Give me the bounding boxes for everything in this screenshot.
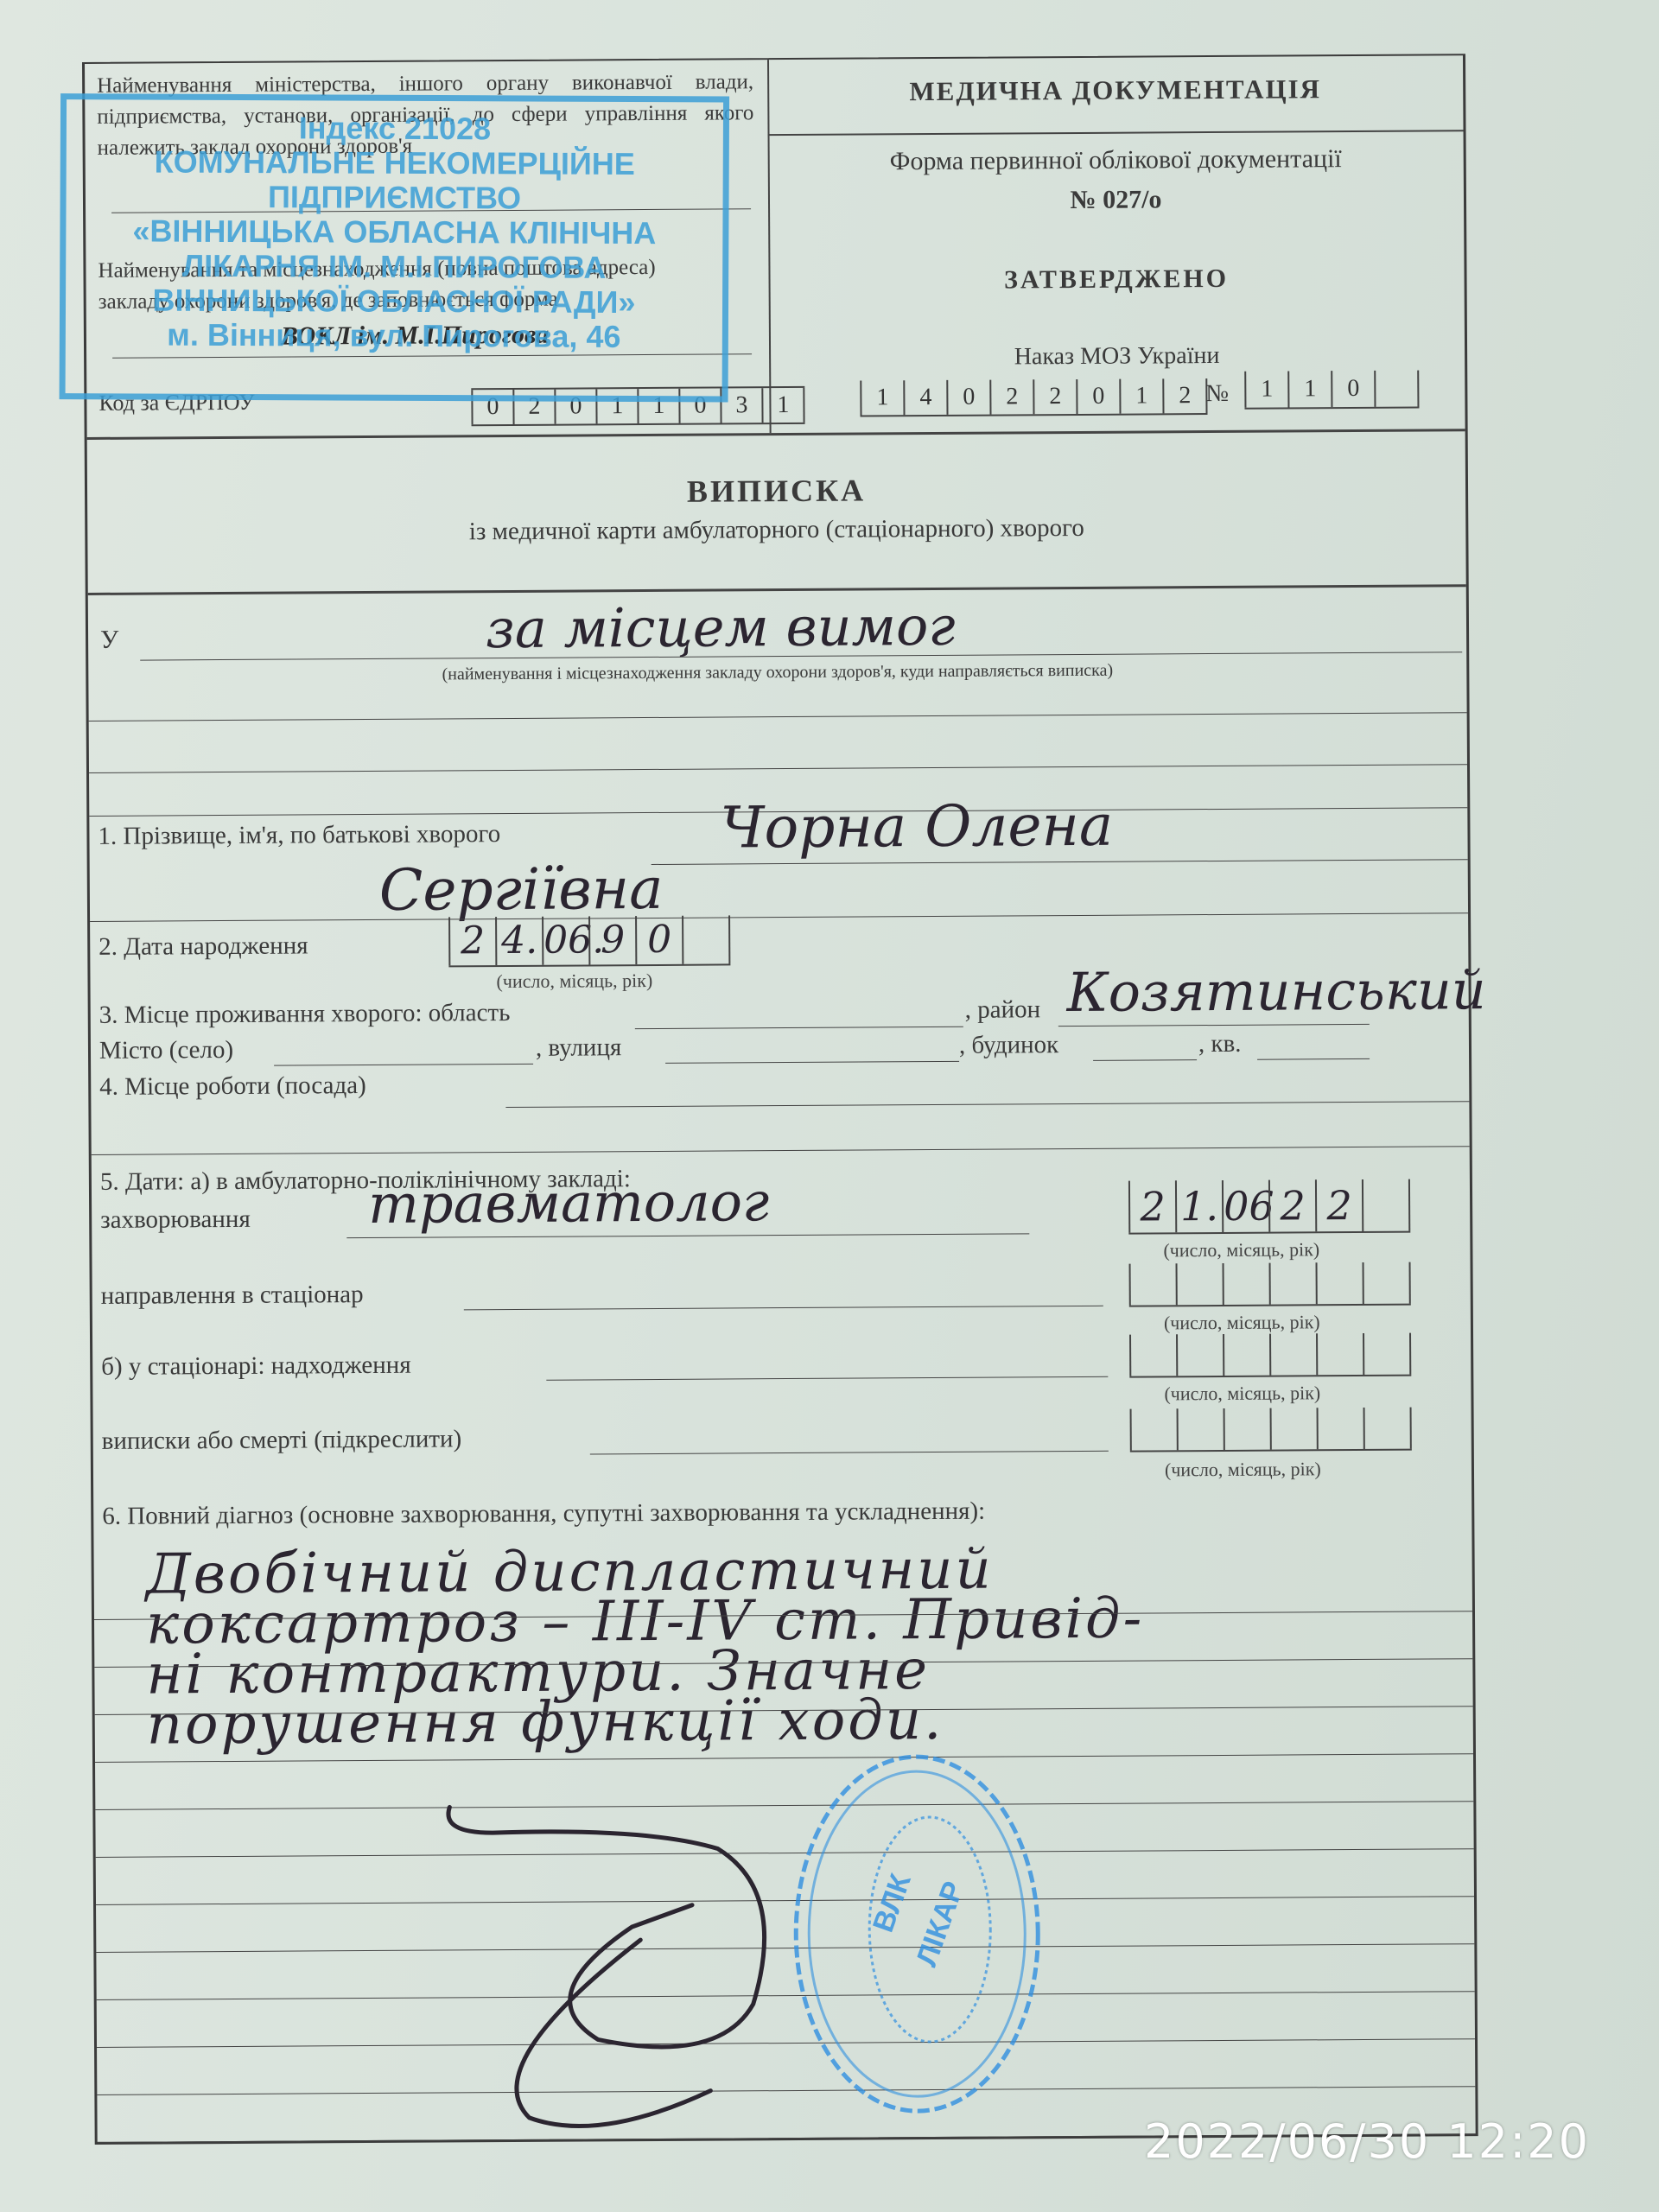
recipient-value: за місцем вимог: [486, 594, 956, 660]
house-label: , будинок: [959, 1031, 1058, 1060]
approved-label: ЗАТВЕРДЖЕНО: [768, 263, 1464, 296]
patient-name-line-2: [90, 912, 1468, 922]
title-bottom-line: [88, 584, 1466, 595]
section-divider: [92, 1146, 1470, 1155]
digit-box: [1176, 1334, 1223, 1376]
header-divider: [767, 60, 772, 433]
digit-box: 0: [1331, 371, 1374, 407]
digit-box: [1374, 371, 1419, 407]
blank-line: [89, 712, 1467, 721]
street-line: [665, 1061, 959, 1064]
digit-box: 0: [635, 916, 682, 964]
digit-box: [1269, 1262, 1316, 1304]
street-label: , вулиця: [536, 1033, 621, 1063]
digit-box: 1: [1244, 371, 1287, 407]
discharge-date-boxes: [1130, 1408, 1412, 1452]
diagnosis-label: 6. Повний діагноз (основне захворювання,…: [102, 1497, 985, 1531]
patient-name-value: Чорна Олена: [720, 792, 1113, 861]
stamp-line: ЛІКАРНЯ ІМ. М.І.ПИРОГОВА: [118, 248, 671, 285]
admission-line: [546, 1376, 1108, 1381]
digit-box: 06: [1222, 1180, 1268, 1232]
digit-box: 1: [1287, 371, 1331, 407]
region-line: [635, 1027, 963, 1029]
dob-boxes: 24.06.90: [448, 915, 730, 967]
form-label: Форма первинної облікової документації: [768, 143, 1464, 177]
digit-box: [1223, 1263, 1269, 1305]
illness-label: захворювання: [100, 1205, 251, 1235]
referral-date-caption: (число, місяць, рік): [1164, 1311, 1320, 1334]
digit-box: [1317, 1408, 1363, 1449]
digit-box: [1316, 1262, 1363, 1304]
title-line: [768, 130, 1464, 136]
patient-patronymic-value: Сергіївна: [379, 855, 664, 924]
document-subtitle: із медичної карти амбулаторного (стаціон…: [87, 512, 1465, 549]
order-date-boxes: 14022012: [860, 378, 1207, 416]
patient-name-label: 1. Прізвище, ім'я, по батькові хворого: [98, 820, 500, 851]
institution-stamp-text: Індекс 21028КОМУНАЛЬНЕ НЕКОМЕРЦІЙНЕПІДПР…: [118, 110, 671, 354]
med-doc-title: МЕДИЧНА ДОКУМЕНТАЦІЯ: [767, 73, 1463, 108]
digit-box: [1176, 1263, 1223, 1305]
city-label: Місто (село): [99, 1036, 233, 1065]
digit-box: 4.: [495, 917, 542, 965]
referral-label: направлення в стаціонар: [101, 1281, 364, 1311]
stamp-line: «ВІННИЦЬКА ОБЛАСНА КЛІНІЧНА: [118, 213, 671, 251]
digit-box: [1224, 1408, 1270, 1450]
digit-box: 4: [903, 380, 946, 415]
digit-box: [1130, 1408, 1177, 1450]
digit-box: 2: [1162, 378, 1207, 413]
digit-box: 1.: [1175, 1180, 1222, 1232]
institution-stamp: Індекс 21028КОМУНАЛЬНЕ НЕКОМЕРЦІЙНЕПІДПР…: [60, 93, 730, 402]
digit-box: [1362, 1179, 1410, 1231]
stamp-line: Індекс 21028: [118, 110, 671, 147]
order-label: Наказ МОЗ України: [769, 340, 1465, 372]
district-value: Козятинський: [1066, 958, 1486, 1024]
digit-box: 2: [1033, 379, 1076, 414]
discharge-line: [590, 1451, 1109, 1455]
stamp-line: м. Вінниця, вул. Пирогова, 46: [118, 317, 671, 354]
recipient-prefix: У: [100, 626, 118, 655]
digit-box: 2: [1268, 1179, 1315, 1231]
digit-box: 1: [1119, 378, 1162, 413]
digit-box: [1269, 1333, 1316, 1375]
doctor-signature: [423, 1779, 823, 2145]
stamp-line: ВІННИЦЬКОЇ ОБЛАСНОЇ РАДИ»: [118, 283, 671, 320]
stamp-line: КОМУНАЛЬНЕ НЕКОМЕРЦІЙНЕ: [118, 144, 671, 181]
digit-box: [1316, 1333, 1363, 1375]
digit-box: 0: [946, 380, 989, 415]
district-line: [1058, 1024, 1370, 1027]
digit-box: [1363, 1333, 1411, 1375]
recipient-caption: (найменування і місцезнаходження закладу…: [88, 658, 1466, 687]
workplace-line: [505, 1101, 1469, 1108]
illness-date-boxes: 21.0622: [1128, 1179, 1410, 1235]
digit-box: 2: [989, 379, 1033, 414]
stamp-line: ПІДПРИЄМСТВО: [118, 179, 671, 216]
district-label: , район: [965, 995, 1041, 1025]
digit-box: 2: [1128, 1180, 1175, 1232]
digit-box: [1363, 1262, 1411, 1304]
header-bottom-line: [87, 429, 1465, 440]
dob-label: 2. Дата народження: [99, 931, 308, 961]
admission-date-caption: (число, місяць, рік): [1164, 1382, 1320, 1405]
digit-box: [682, 915, 730, 963]
digit-box: 0: [1076, 379, 1119, 414]
dob-caption: (число, місяць, рік): [496, 969, 652, 993]
digit-box: [1363, 1408, 1412, 1449]
digit-box: [1129, 1263, 1176, 1305]
workplace-label: 4. Місце роботи (посада): [99, 1071, 366, 1102]
apartment-label: , кв.: [1198, 1030, 1242, 1058]
blank-line: [89, 764, 1467, 773]
digit-box: 2: [1315, 1179, 1362, 1231]
digit-box: [1129, 1334, 1176, 1376]
digit-box: 9: [588, 916, 635, 964]
discharge-date-caption: (число, місяць, рік): [1165, 1458, 1321, 1481]
illness-value: травматолог: [368, 1170, 770, 1236]
apartment-line: [1257, 1058, 1370, 1060]
photo-timestamp: 2022/06/30 12:20: [1144, 2114, 1590, 2169]
digit-box: [1223, 1334, 1269, 1376]
admission-date-boxes: [1129, 1333, 1411, 1378]
discharge-label: виписки або смерті (підкреслити): [102, 1425, 462, 1456]
digit-box: [1177, 1408, 1224, 1450]
order-number-sign: №: [1205, 380, 1229, 408]
digit-box: 06.: [542, 916, 588, 964]
digit-box: 1: [860, 380, 903, 415]
svg-text:ЛІКАР: ЛІКАР: [910, 1878, 970, 1971]
referral-date-boxes: [1129, 1262, 1411, 1307]
illness-date-caption: (число, місяць, рік): [1163, 1238, 1319, 1262]
digit-box: 2: [448, 917, 495, 965]
order-number-boxes: 110: [1244, 371, 1419, 410]
admission-label: б) у стаціонарі: надходження: [101, 1351, 411, 1382]
document-title: ВИПИСКА: [87, 468, 1465, 513]
house-line: [1093, 1059, 1197, 1061]
digit-box: [1270, 1408, 1317, 1449]
form-number: № 027/о: [768, 183, 1464, 217]
city-line: [274, 1064, 533, 1066]
digit-box: 1: [761, 388, 804, 423]
medical-form: Найменування міністерства, іншого органу…: [82, 54, 1478, 2145]
referral-line: [464, 1306, 1103, 1311]
residence-label: 3. Місце проживання хворого: область: [99, 999, 511, 1030]
